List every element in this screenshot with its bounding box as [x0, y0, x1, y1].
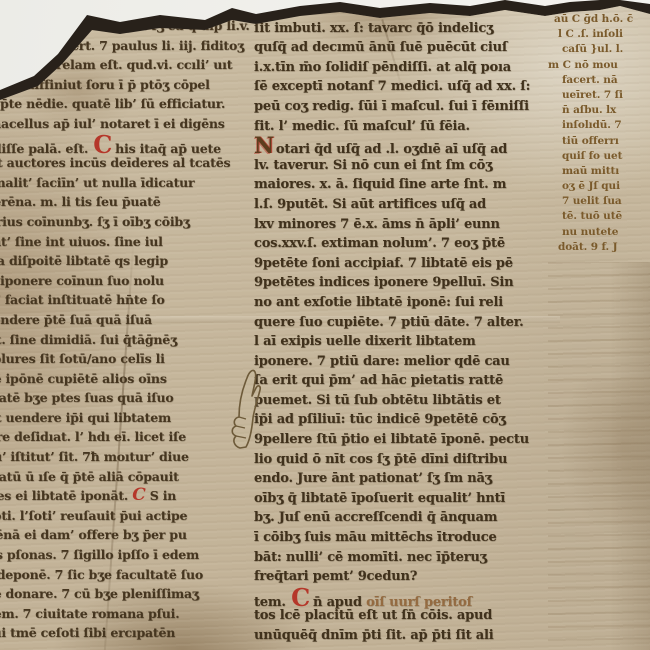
text-line: Notari q̄d uſq̄ ad .l. oʒdıē aī uſq̄ ad: [254, 136, 552, 156]
text-line: b’ faciat inſtituatē hn̄te ſo: [0, 290, 254, 310]
parchment-leaf: ıtuēdo. ſʒ ea q̄ ulp̄ li.v. fiıoʒ refert…: [0, 0, 650, 650]
text-line: 7 uelit ſua: [548, 194, 650, 209]
text-line: ſtatū ū ıſe q̄ p̄tē aliā cōpauit: [0, 467, 254, 487]
text-line: ferēna. m. li tis ſeu p̄uatē: [0, 192, 254, 212]
text-line: lui tmē ceſoti ſibi ercıpatēn: [0, 623, 254, 643]
text-line: m C nō mou: [548, 58, 650, 73]
text-line: ā iponere coīnun ſuo nolu: [0, 271, 254, 291]
verso-showthrough: [548, 262, 650, 650]
text-line: maū mittı: [548, 164, 650, 179]
text-line: ſtatē bʒe ptes ſuas quā iſuo: [0, 388, 254, 408]
text-line: ſoti. l’ſoti’ reuſauit p̄ui actipe: [0, 506, 254, 526]
text-line: te donare. 7 cū bʒe pleniſſimaʒ: [0, 584, 254, 604]
text-line: ut auctores incūs deīderes al tcatēs: [0, 153, 254, 173]
text-line: fit. l’ medic. ſū maſcul’ ſū fēia.: [254, 117, 552, 137]
text-line: doāt. 9 f. J: [548, 240, 650, 255]
text-line: l.ſ. 9putēt. Si aūt artifices uſq̄ ad: [254, 195, 552, 215]
text-line: lio quid ō nīt cos ſʒ p̄tē dīni diſtribu: [254, 450, 552, 470]
text-column-center: ſm p̄ıī uī mīnına m̄ Rſit imbuti. xx. ſ:…: [254, 0, 552, 650]
text-line: no ant exſotie libtatē iponē: ſui reli: [254, 293, 552, 313]
text-line: bāt: nulli’ cē momīti. nec īp̄teruʒ: [254, 548, 552, 568]
text-line: facert. nā: [548, 73, 650, 88]
text-line: quiſ fo uet: [548, 149, 650, 164]
text-line: ſa erit qui p̄m’ ad hāc pietatis rattē: [254, 371, 552, 391]
text-column-left: ıtuēdo. ſʒ ea q̄ ulp̄ li.v. fiıoʒ refert…: [0, 16, 254, 650]
text-line: iplures ſit ſotū/ano celīs li: [0, 349, 254, 369]
text-line: ip̄i ad pſiliuī: tūc indicē 9petētē cōʒ: [254, 410, 552, 430]
text-line: 9petētes indices iponere 9pelluī. Sin: [254, 273, 552, 293]
text-line: bʒ. Juſ enū accreſſcendi q̄ ānquam: [254, 508, 552, 528]
text-line: ueīret. 7 ſi: [548, 88, 650, 103]
text-line: et. ſine dimidiā. ſui q̄tāḡnēʒ: [0, 330, 254, 350]
photo-background: ıtuēdo. ſʒ ea q̄ ulp̄ li.v. fiıoʒ refert…: [0, 0, 650, 650]
text-line: oʒ. ū 7 hrelam eſt. qud.vi. ccıli’ uıt: [0, 55, 254, 75]
text-line: iponere. 7 ptiū dare: melior qdē cau: [254, 352, 552, 372]
manicule-icon: [226, 360, 266, 452]
text-line: ıoʒ refert. 7 paulus li. iij. fiditoʒ: [0, 36, 254, 56]
text-line: inſolıdū. 7: [548, 118, 650, 133]
text-line: tem. Cn̄ apud oīſ uurſ peritoſ: [254, 587, 552, 607]
text-line: cos.xxv.ſ. extiman nolum’. 7 eoʒ p̄tē: [254, 234, 552, 254]
text-line: et uendere ip̄i qui libtatem: [0, 408, 254, 428]
text-line: mt’ ſine int uiuos. ſine iul: [0, 232, 254, 252]
text-line: i.x.tīn m̄o ſolidiſ pēndiſſi. at alq̄ po…: [254, 58, 552, 78]
text-line: ī deponē. 7 ſic bʒe facultatē ſuo: [0, 565, 254, 585]
text-line: ſit imbuti. xx. ſ: tavarc q̄ō indelicʒ: [254, 19, 552, 39]
text-line: macellus ap̄ iul’ notaret ī ei digēns: [0, 114, 254, 134]
text-line: ī cōibʒ ſuis māu mittēchs ītroduce: [254, 528, 552, 548]
text-line: tē. tuō utē: [548, 209, 650, 224]
text-line: ere deſidıat. l’ hdı eī. licet iſe: [0, 427, 254, 447]
text-line: unūquēq̄ dnīm p̄ti ſit. ap̄ p̄ti ſit ali: [254, 626, 552, 646]
text-line: cēnā ei dam’ offere bʒ p̄er pu: [0, 525, 254, 545]
text-line: ſē exceptī notanſ 7 medici. uſq̄ ad xx. …: [254, 77, 552, 97]
text-line: tiū offerrı: [548, 134, 650, 149]
text-line: as pſonas. 7 ſigillo ipſſo ī edem: [0, 545, 254, 565]
text-line: lxv minores 7 ē.x. āms n̄ āpli’ eunn: [254, 215, 552, 235]
text-line: endo. Jure ānt pationat’ ſʒ ſm nāʒ: [254, 469, 552, 489]
text-line: lv. taverur. Si nō cun ei ſnt ſm cōʒ: [254, 156, 552, 176]
text-line: nu nutete: [548, 225, 650, 240]
text-line: oʒ ē Jſ qui: [548, 179, 650, 194]
text-line: uliſſe palā. eſt. Chis itaq̄ ap̄ uete: [0, 134, 254, 154]
text-line: l C .ſ. inſoli: [548, 27, 650, 42]
text-line: quere ſuo cupiēte. 7 ptiū dāte. 7 alter.: [254, 313, 552, 333]
text-line: peū coʒ redig. ſūi ī maſcul. ſui ī fēıni…: [254, 97, 552, 117]
text-line: ıendere p̄tē ſuā quā iſuā: [0, 310, 254, 330]
text-line: 9pellere ſtū p̄tio ei libtatē īponē. pec…: [254, 430, 552, 450]
text-line: erius coīnunbʒ. ſʒ ī oībʒ cōibʒ: [0, 212, 254, 232]
text-line: n̄ aſbu. lx: [548, 103, 650, 118]
stain: [560, 380, 650, 540]
text-line: maiores. x. ā. ſiquid ſine arte ſnt. m: [254, 175, 552, 195]
text-line: caſū }ul. l.: [548, 42, 650, 57]
text-line: ā p̄te nēdie. quatē lib’ ſū efficiatur.: [0, 94, 254, 114]
text-line: quſq̄ ad decımū ānū ſuē puēcūt ciuſ: [254, 38, 552, 58]
text-line: gnalit’ ſaciīn’ ut nulla īdicatur: [0, 173, 254, 193]
text-line: tem. 7 ciuitate romana pſui.: [0, 604, 254, 624]
text-line: 9petēte ſoni accipiaf. 7 libtatē eis pē: [254, 254, 552, 274]
text-line: na diſpoitē libtatē qs legip: [0, 251, 254, 271]
marginal-gloss-column: aū C ḡd h.ō. c̄l C .ſ. inſolicaſū }ul. l…: [548, 12, 650, 256]
text-line: puemet. Si tū ſub obtētu libtātis et: [254, 391, 552, 411]
text-line: aū C ḡd h.ō. c̄: [548, 12, 650, 27]
text-line: oībʒ q̄ libtatē īpoſuerit equalit’ hntī: [254, 489, 552, 509]
text-line: tē ipōnē cupiētē alios oīns: [0, 369, 254, 389]
text-line: des ei libtatē iponāt. C S in: [0, 486, 254, 506]
text-line: ſū’ iſtitut’ ſit. 7ħ moıtur’ diue: [0, 447, 254, 467]
text-line: l aī exipis uelle dixerit libtatem: [254, 332, 552, 352]
